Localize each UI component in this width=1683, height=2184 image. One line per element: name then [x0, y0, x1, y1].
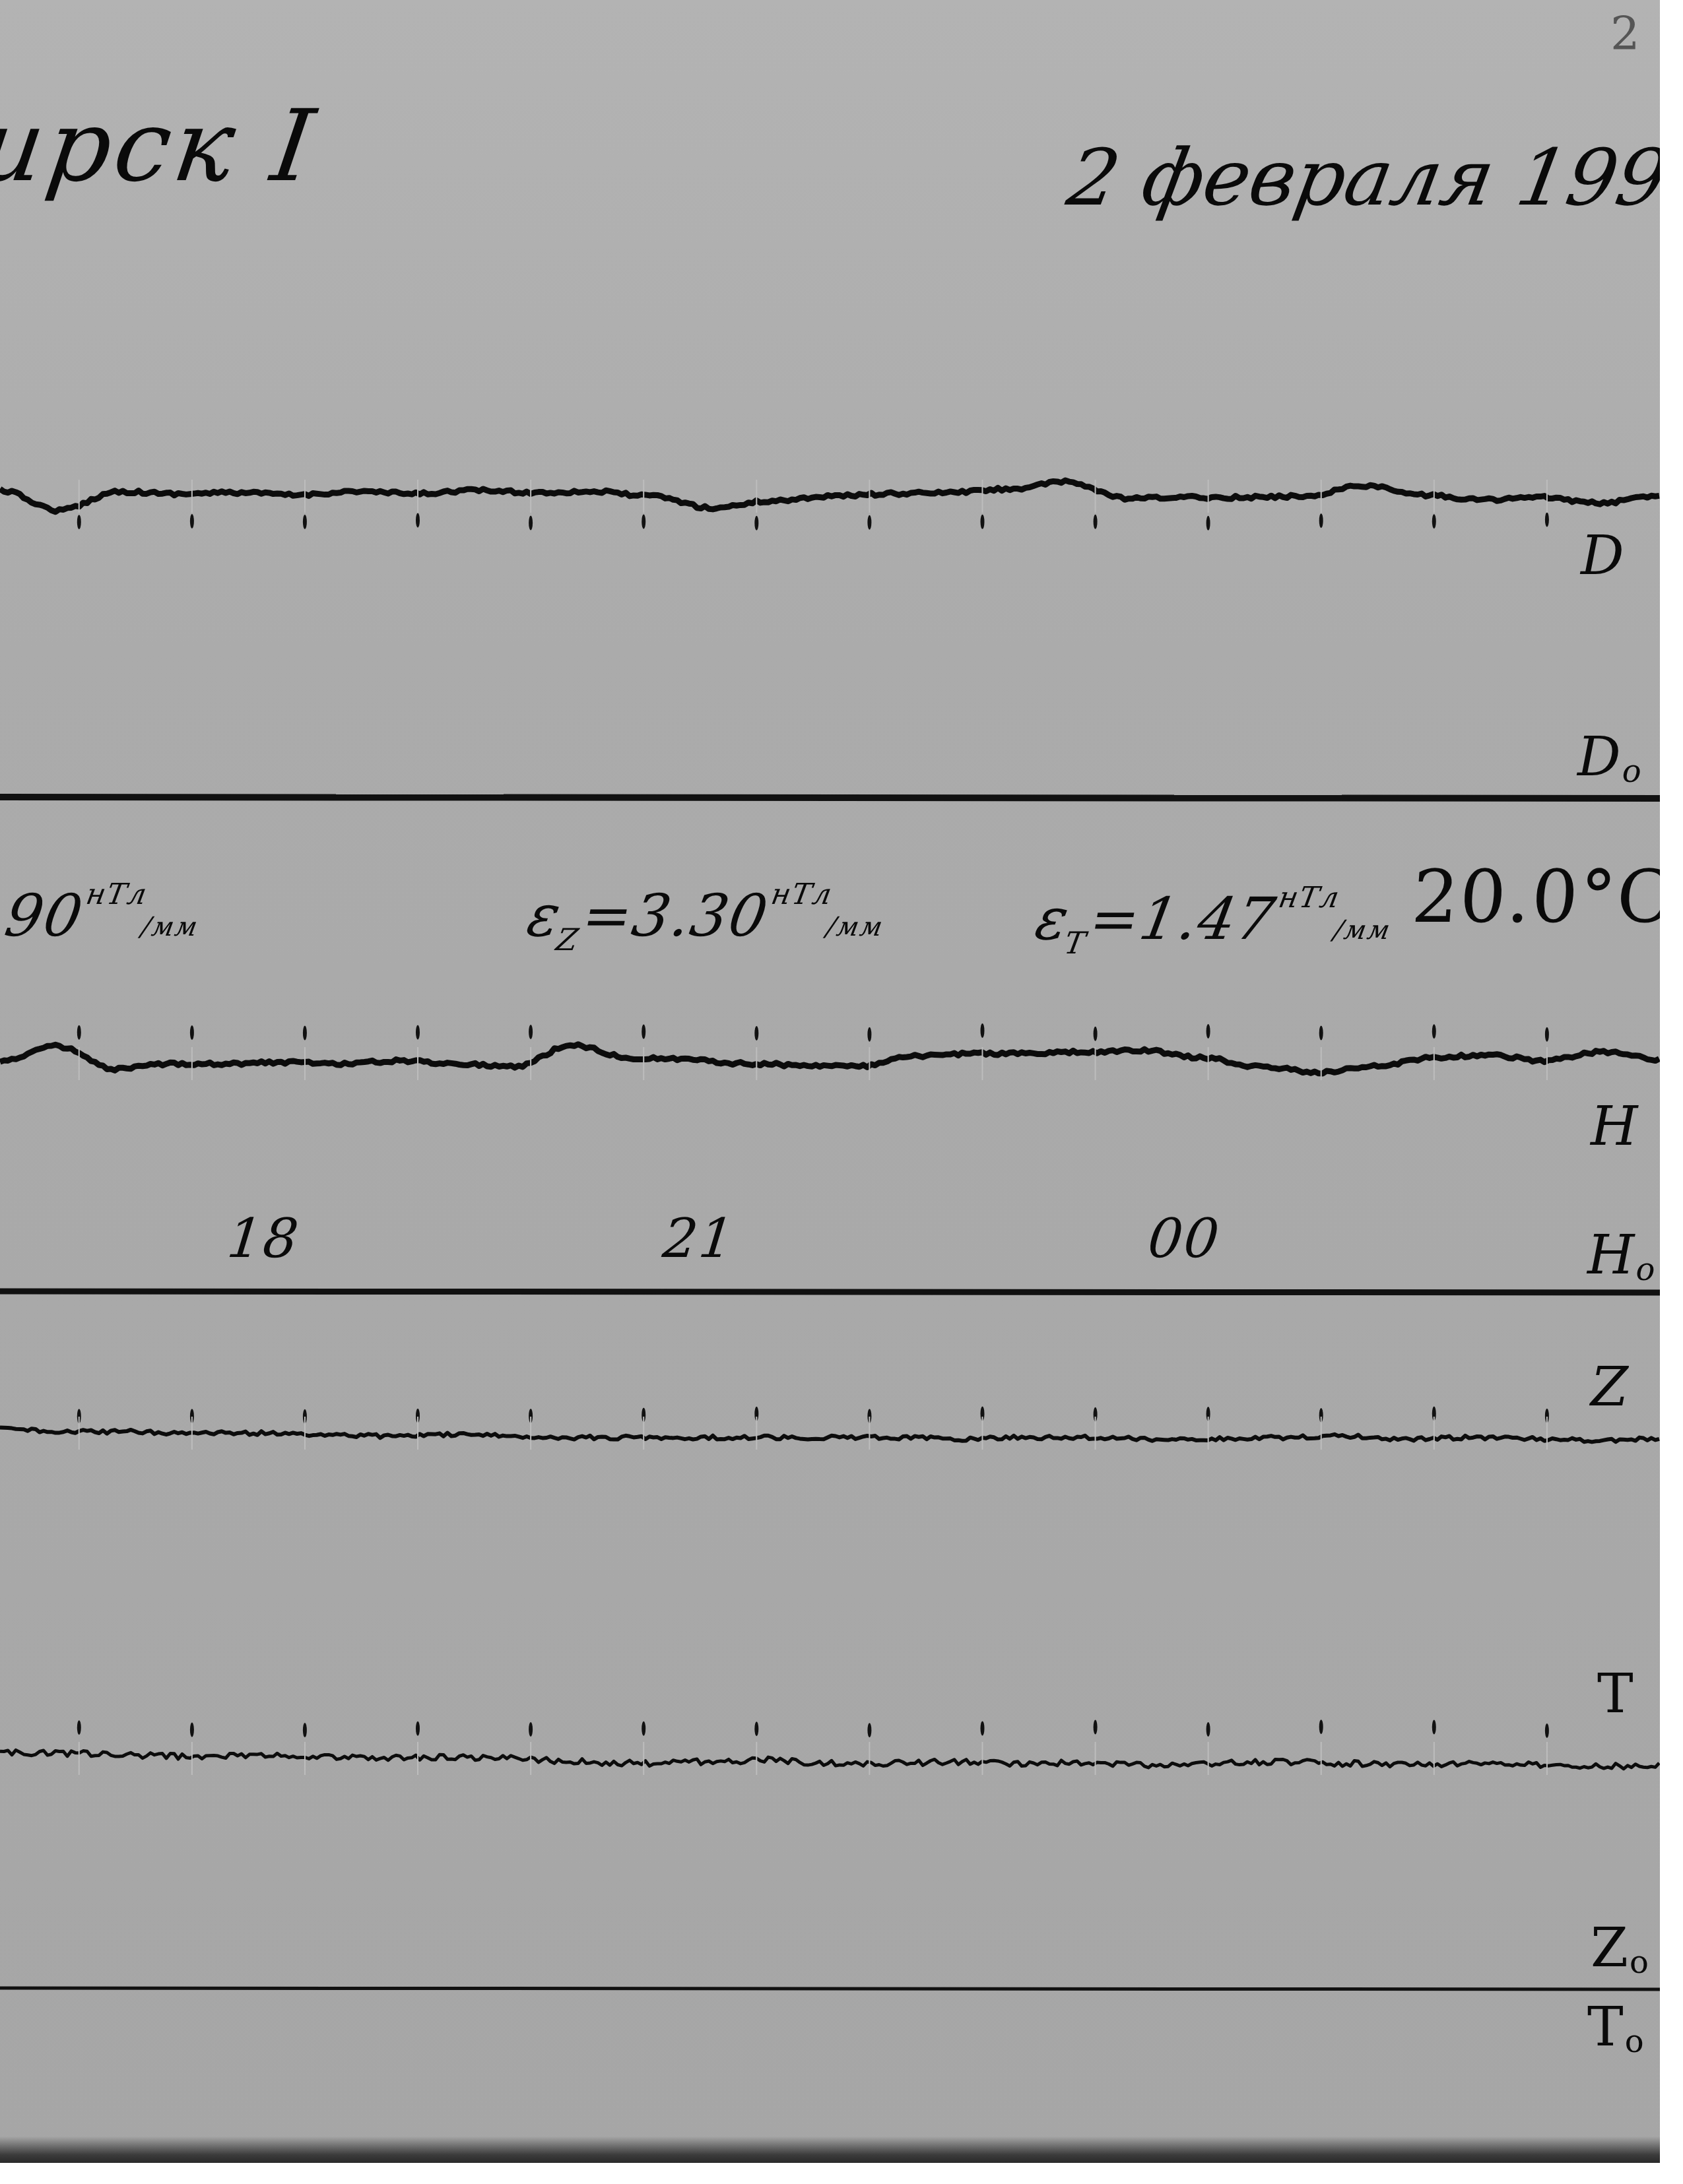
hour-mark — [529, 515, 533, 530]
scale-t-unit-top: нТл — [1276, 881, 1342, 915]
scale-t-unit-bottom: мм — [1342, 915, 1393, 946]
baseline-label-t0-main: T — [1587, 1996, 1625, 2059]
magnetogram-paper: 2 ирск I 2 февраля 1997г. .90нТл/мм εZ=3… — [0, 0, 1660, 2163]
baseline-d0 — [0, 797, 1660, 798]
hour-mark — [1319, 513, 1323, 528]
scale-z-value: 3.30 — [627, 882, 774, 949]
channel-label-h: H — [1591, 1095, 1639, 1158]
trace-d — [0, 480, 1659, 512]
hour-mark — [1545, 1027, 1549, 1042]
hour-mark — [754, 1721, 758, 1736]
baseline-label-h0-main: H — [1587, 1224, 1636, 1287]
hour-mark — [416, 513, 420, 528]
baseline-label-h0: Ho — [1587, 1224, 1656, 1288]
trace-t — [0, 1750, 1659, 1768]
baseline-label-t0-sub: o — [1625, 2023, 1645, 2060]
hour-mark — [867, 515, 871, 530]
scale-value-h: .90нТл/мм — [0, 878, 207, 949]
hour-mark — [416, 1721, 420, 1736]
observatory-title: ирск I — [0, 89, 324, 204]
hour-mark — [303, 515, 307, 529]
baseline-h0 — [0, 1291, 1660, 1293]
hour-mark — [1206, 1722, 1210, 1737]
hour-mark — [303, 1026, 307, 1041]
scale-value-t: εT=1.47нТл/мм — [1029, 881, 1399, 961]
hour-mark — [77, 1720, 81, 1735]
hour-mark — [1094, 1027, 1098, 1041]
hour-mark — [642, 1721, 645, 1736]
hour-mark — [1094, 1719, 1098, 1734]
hour-mark — [1094, 515, 1098, 529]
time-label-21: 21 — [660, 1207, 738, 1270]
hour-mark — [867, 1723, 871, 1737]
baseline-label-h0-sub: o — [1636, 1251, 1657, 1288]
baseline-label-d0-main: D — [1577, 726, 1622, 788]
hour-mark — [190, 514, 194, 529]
hour-mark — [1545, 1723, 1549, 1738]
hour-mark — [529, 1025, 533, 1039]
hour-mark — [867, 1027, 871, 1042]
hour-mark — [1432, 1024, 1436, 1039]
baseline-label-d0: Do — [1577, 726, 1643, 790]
baseline-label-z0-sub: o — [1630, 1944, 1650, 1981]
time-label-00: 00 — [1145, 1207, 1223, 1270]
scale-h-unit-top: нТл — [84, 878, 150, 911]
baseline-z0-t0 — [0, 1988, 1660, 1989]
chart-plot-area — [0, 0, 1660, 2163]
hour-mark — [77, 1025, 81, 1040]
hour-mark — [642, 515, 645, 529]
scale-h-unit-bottom: мм — [149, 912, 201, 942]
baseline-label-t0: To — [1587, 1996, 1645, 2060]
scale-value-z: εZ=3.30нТл/мм — [521, 878, 892, 957]
hour-mark — [1319, 1025, 1323, 1040]
hour-mark — [1319, 1719, 1323, 1734]
hour-mark — [981, 1023, 985, 1038]
hour-mark — [416, 1025, 420, 1039]
scale-h-value: .90 — [0, 882, 89, 949]
hour-mark — [190, 1723, 194, 1737]
scale-z-unit-top: нТл — [769, 878, 836, 911]
hour-mark — [303, 1723, 307, 1737]
hour-mark — [754, 1026, 758, 1041]
hour-mark — [1206, 516, 1210, 530]
baseline-label-z0: Zo — [1591, 1917, 1650, 1981]
hour-mark — [1545, 512, 1549, 527]
hour-mark — [1432, 1720, 1436, 1735]
hour-mark — [529, 1722, 533, 1737]
hour-mark — [77, 515, 81, 529]
page-number: 2 — [1610, 7, 1641, 61]
hour-mark — [754, 516, 758, 530]
channel-label-t: T — [1597, 1663, 1635, 1725]
record-date: 2 февраля 1997г. — [1061, 132, 1660, 223]
hour-mark — [981, 1721, 985, 1735]
channel-label-d: D — [1581, 525, 1626, 587]
temperature-reading: 20.0°C — [1410, 854, 1660, 939]
scale-t-value: 1.47 — [1135, 885, 1281, 953]
trace-h — [0, 1044, 1659, 1074]
baseline-label-d0-sub: o — [1622, 753, 1643, 790]
hour-mark — [1432, 514, 1436, 529]
hour-mark — [642, 1025, 645, 1039]
time-label-18: 18 — [224, 1207, 302, 1270]
hour-mark — [1206, 1024, 1210, 1039]
channel-label-z: Z — [1591, 1356, 1630, 1419]
baseline-label-z0-main: Z — [1591, 1917, 1630, 1979]
trace-z — [0, 1428, 1659, 1442]
hour-mark — [981, 515, 985, 529]
hour-mark — [190, 1025, 194, 1040]
scale-z-unit-bottom: мм — [834, 912, 886, 942]
